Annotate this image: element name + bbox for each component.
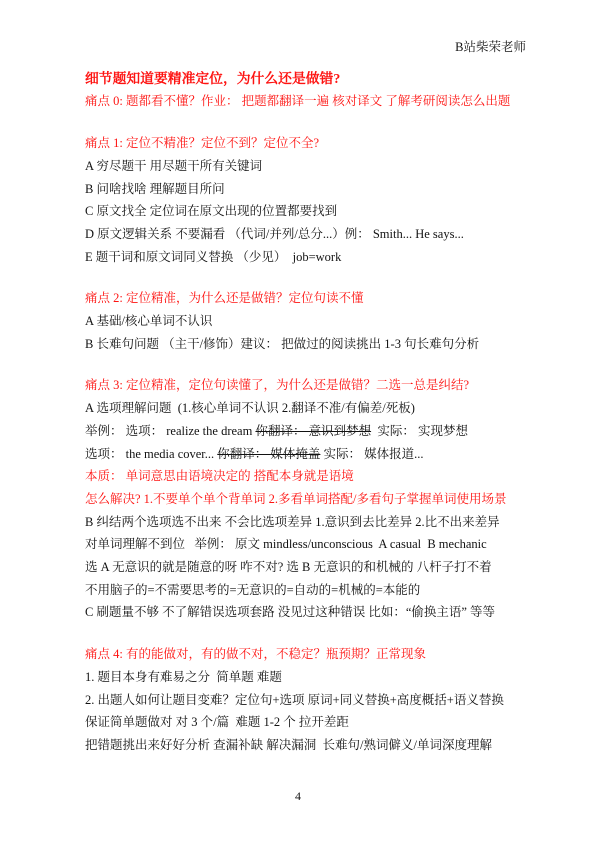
text-segment: E 题干词和原文词同义替换 （少见） job=work <box>85 250 341 264</box>
body-line: D 原文逻辑关系 不要漏看 （代词/并列/总分...）例： Smith... H… <box>85 223 526 246</box>
body-line: 保证简单题做对 对 3 个/篇 难题 1-2 个 拉开差距 <box>85 711 526 734</box>
document-content: B站柴荣老师 细节题知道要精准定位，为什么还是做错?痛点 0: 题都看不懂？作业… <box>0 0 596 757</box>
text-segment: 1. 题目本身有难易之分 简单题 难题 <box>85 670 282 684</box>
text-segment: 本质： 单词意思由语境决定的 搭配本身就是语境 <box>85 469 354 483</box>
document-body: 细节题知道要精准定位，为什么还是做错?痛点 0: 题都看不懂？作业： 把题都翻译… <box>85 68 526 757</box>
body-line: 不用脑子的=不需要思考的=无意识的=自动的=机械的=本能的 <box>85 579 526 602</box>
body-line: 选 A 无意识的就是随意的呀 咋不对? 选 B 无意识的和机械的 八杆子打不着 <box>85 556 526 579</box>
body-line: 1. 题目本身有难易之分 简单题 难题 <box>85 666 526 689</box>
text-segment: 把错题挑出来好好分析 查漏补缺 解决漏洞 长难句/熟词僻义/单词深度理解 <box>85 738 492 752</box>
text-segment: B 纠结两个选项选不出来 不会比选项差异 1.意识到去比差异 2.比不出来差异 <box>85 515 500 529</box>
body-line: E 题干词和原文词同义替换 （少见） job=work <box>85 246 526 269</box>
body-line: 举例： 选项： realize the dream 你翻译： 意识到梦想 实际：… <box>85 420 526 443</box>
body-line: C 原文找全 定位词在原文出现的位置都要找到 <box>85 200 526 223</box>
section-heading: 痛点 1: 定位不精准？定位不到？定位不全? <box>85 132 526 155</box>
body-line: 把错题挑出来好好分析 查漏补缺 解决漏洞 长难句/熟词僻义/单词深度理解 <box>85 734 526 757</box>
text-segment: C 原文找全 定位词在原文出现的位置都要找到 <box>85 204 337 218</box>
text-segment: 保证简单题做对 对 3 个/篇 难题 1-2 个 拉开差距 <box>85 715 349 729</box>
body-line: A 选项理解问题 (1.核心单词不认识 2.翻译不准/有偏差/死板) <box>85 397 526 420</box>
text-segment: 2. 出题人如何让题目变难？定位句+选项 原词+同义替换+高度概括+语义替换 <box>85 693 504 707</box>
section-heading: 痛点 4: 有的能做对，有的做不对，不稳定？瓶预期？正常现象 <box>85 643 526 666</box>
text-segment: D 原文逻辑关系 不要漏看 （代词/并列/总分...）例： Smith... H… <box>85 227 464 241</box>
text-segment: 细节题知道要精准定位，为什么还是做错? <box>85 71 340 86</box>
text-segment: A 选项理解问题 (1.核心单词不认识 2.翻译不准/有偏差/死板) <box>85 401 415 415</box>
body-line: C 刷题量不够 不了解错误选项套路 没见过这种错误 比如：“偷换主语” 等等 <box>85 601 526 624</box>
body-line: 2. 出题人如何让题目变难？定位句+选项 原词+同义替换+高度概括+语义替换 <box>85 689 526 712</box>
body-line: 选项： the media cover... 你翻译： 媒体掩盖 实际： 媒体报… <box>85 443 526 466</box>
section-heading: 痛点 2: 定位精准，为什么还是做错？定位句读不懂 <box>85 287 526 310</box>
text-segment: 不用脑子的=不需要思考的=无意识的=自动的=机械的=本能的 <box>85 583 420 597</box>
text-segment: 痛点 0: 题都看不懂？作业： 把题都翻译一遍 核对译文 了解考研阅读怎么出题 <box>85 94 510 108</box>
strikethrough-text: 你翻译： 媒体掩盖 <box>217 447 320 461</box>
body-line: 对单词理解不到位 举例： 原文 mindless/unconscious A c… <box>85 533 526 556</box>
body-line: B 长难句问题 （主干/修饰）建议： 把做过的阅读挑出 1-3 句长难句分析 <box>85 333 526 356</box>
body-line: A 基础/核心单词不认识 <box>85 310 526 333</box>
text-segment: 怎么解决? 1.不要单个单个背单词 2.多看单词搭配/多看句子掌握单词使用场景 <box>85 492 507 506</box>
page-number: 4 <box>0 789 596 804</box>
text-segment: 痛点 4: 有的能做对，有的做不对，不稳定？瓶预期？正常现象 <box>85 647 426 661</box>
section-heading: 本质： 单词意思由语境决定的 搭配本身就是语境 <box>85 465 526 488</box>
text-segment: 对单词理解不到位 举例： 原文 mindless/unconscious A c… <box>85 537 487 551</box>
text-segment: 痛点 3: 定位精准，定位句读懂了，为什么还是做错？二选一总是纠结? <box>85 378 469 392</box>
text-segment: B 问啥找啥 理解题目所问 <box>85 182 225 196</box>
body-line: A 穷尽题干 用尽题干所有关键词 <box>85 155 526 178</box>
text-segment: B 长难句问题 （主干/修饰）建议： 把做过的阅读挑出 1-3 句长难句分析 <box>85 337 479 351</box>
text-segment: 选 A 无意识的就是随意的呀 咋不对? 选 B 无意识的和机械的 八杆子打不着 <box>85 560 492 574</box>
section-heading: 怎么解决? 1.不要单个单个背单词 2.多看单词搭配/多看句子掌握单词使用场景 <box>85 488 526 511</box>
text-segment: 实际： 媒体报道... <box>320 447 423 461</box>
section-heading: 痛点 0: 题都看不懂？作业： 把题都翻译一遍 核对译文 了解考研阅读怎么出题 <box>85 90 526 113</box>
text-segment: 痛点 2: 定位精准，为什么还是做错？定位句读不懂 <box>85 291 363 305</box>
text-segment: A 穷尽题干 用尽题干所有关键词 <box>85 159 262 173</box>
text-segment: 痛点 1: 定位不精准？定位不到？定位不全? <box>85 136 319 150</box>
text-segment: C 刷题量不够 不了解错误选项套路 没见过这种错误 比如：“偷换主语” 等等 <box>85 605 495 619</box>
section-heading: 痛点 3: 定位精准，定位句读懂了，为什么还是做错？二选一总是纠结? <box>85 374 526 397</box>
text-segment: A 基础/核心单词不认识 <box>85 314 212 328</box>
text-segment: 举例： 选项： realize the dream <box>85 424 255 438</box>
page-header-author: B站柴荣老师 <box>85 36 526 59</box>
body-line: B 纠结两个选项选不出来 不会比选项差异 1.意识到去比差异 2.比不出来差异 <box>85 511 526 534</box>
body-line: B 问啥找啥 理解题目所问 <box>85 178 526 201</box>
text-segment: 实际： 实现梦想 <box>371 424 468 438</box>
document-page: B站柴荣老师 细节题知道要精准定位，为什么还是做错?痛点 0: 题都看不懂？作业… <box>0 0 596 842</box>
strikethrough-text: 你翻译： 意识到梦想 <box>255 424 371 438</box>
page-title: 细节题知道要精准定位，为什么还是做错? <box>85 68 526 91</box>
text-segment: 选项： the media cover... <box>85 447 217 461</box>
